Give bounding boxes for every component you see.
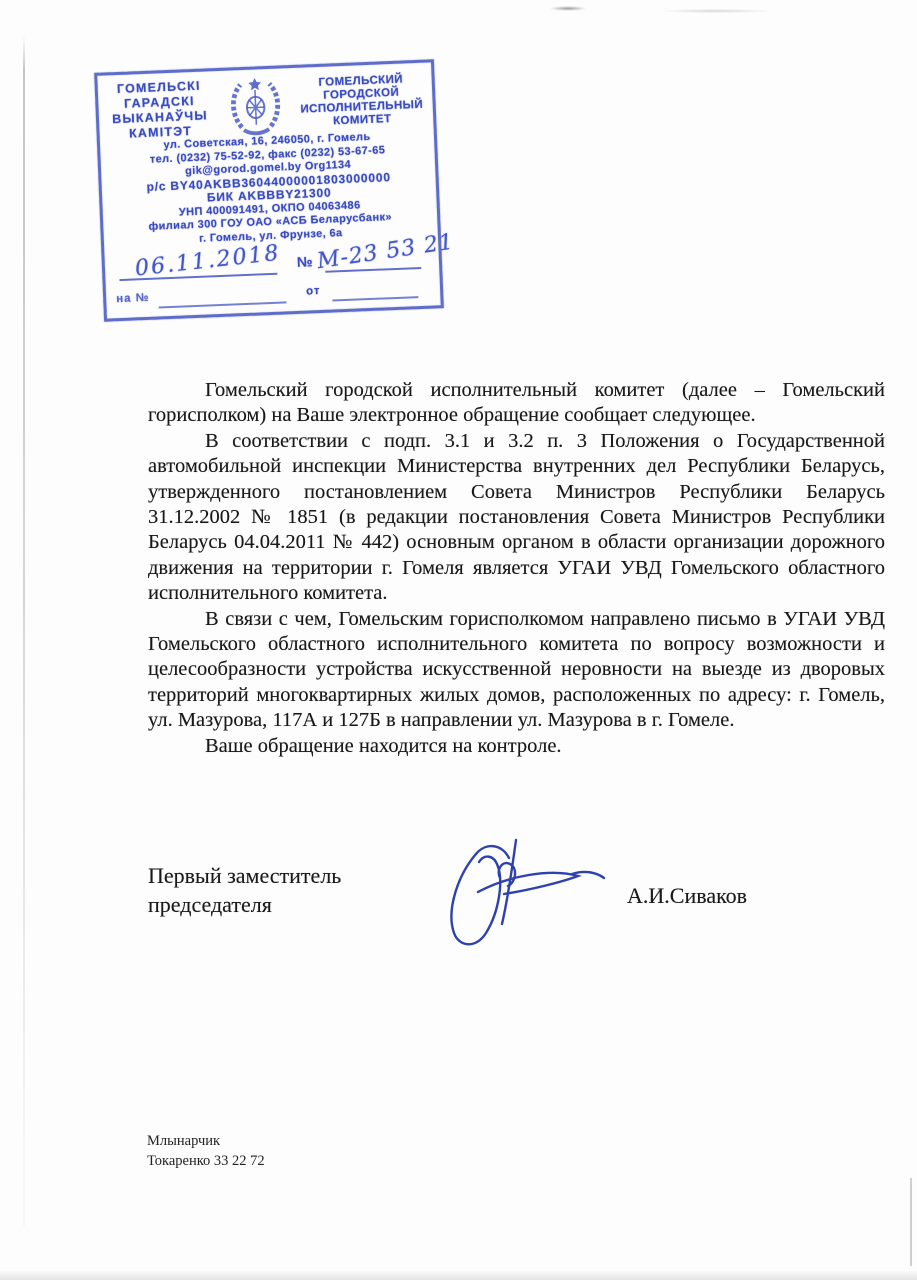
executor-phone: Токаренко 33 22 72 xyxy=(147,1151,265,1171)
incoming-number-label: на № xyxy=(116,292,150,305)
signer-position-line: Первый заместитель xyxy=(148,861,341,890)
signer-name: А.И.Сиваков xyxy=(627,883,747,909)
from-date-underline xyxy=(332,296,418,301)
signature-scribble xyxy=(412,836,612,961)
executor-name: Млынарчик xyxy=(147,1131,265,1151)
stamp-requisites: ул. Советская, 16, 246050, г. Гомель тел… xyxy=(108,129,430,250)
signer-position-line: председателя xyxy=(148,890,341,919)
scan-edge-line-right xyxy=(910,1178,912,1266)
letter-body: Гомельский городской исполнительный коми… xyxy=(148,378,885,759)
body-paragraph: Гомельский городской исполнительный коми… xyxy=(148,378,885,429)
scan-smudge xyxy=(550,6,586,11)
organization-stamp: ГОМЕЛЬСКІ ГАРАДСКІ ВЫКАНАЎЧЫ КАМІТЭТ xyxy=(94,59,444,321)
signer-position: Первый заместитель председателя xyxy=(148,861,341,919)
scan-smudge xyxy=(660,9,770,13)
stamp-name-russian: ГОМЕЛЬСКИЙ ГОРОДСКОЙ ИСПОЛНИТЕЛЬНЫЙ КОМИ… xyxy=(297,73,425,130)
body-paragraph: В связи с чем, Гомельским горисполкомом … xyxy=(148,607,885,734)
scan-edge-shadow-bottom xyxy=(0,1270,917,1280)
from-date-label: от xyxy=(306,285,321,298)
executor-info: Млынарчик Токаренко 33 22 72 xyxy=(147,1131,265,1171)
body-paragraph: В соответствии с подп. 3.1 и 3.2 п. 3 По… xyxy=(148,429,885,607)
number-sign: № xyxy=(297,253,313,270)
scan-edge-line-left xyxy=(23,36,25,1226)
stamp-name-belarusian: ГОМЕЛЬСКІ ГАРАДСКІ ВЫКАНАЎЧЫ КАМІТЭТ xyxy=(106,78,214,142)
incoming-number-underline xyxy=(159,301,287,308)
scanned-letter-page: ГОМЕЛЬСКІ ГАРАДСКІ ВЫКАНАЎЧЫ КАМІТЭТ xyxy=(0,0,917,1280)
body-paragraph: Ваше обращение находится на контроле. xyxy=(148,734,885,759)
